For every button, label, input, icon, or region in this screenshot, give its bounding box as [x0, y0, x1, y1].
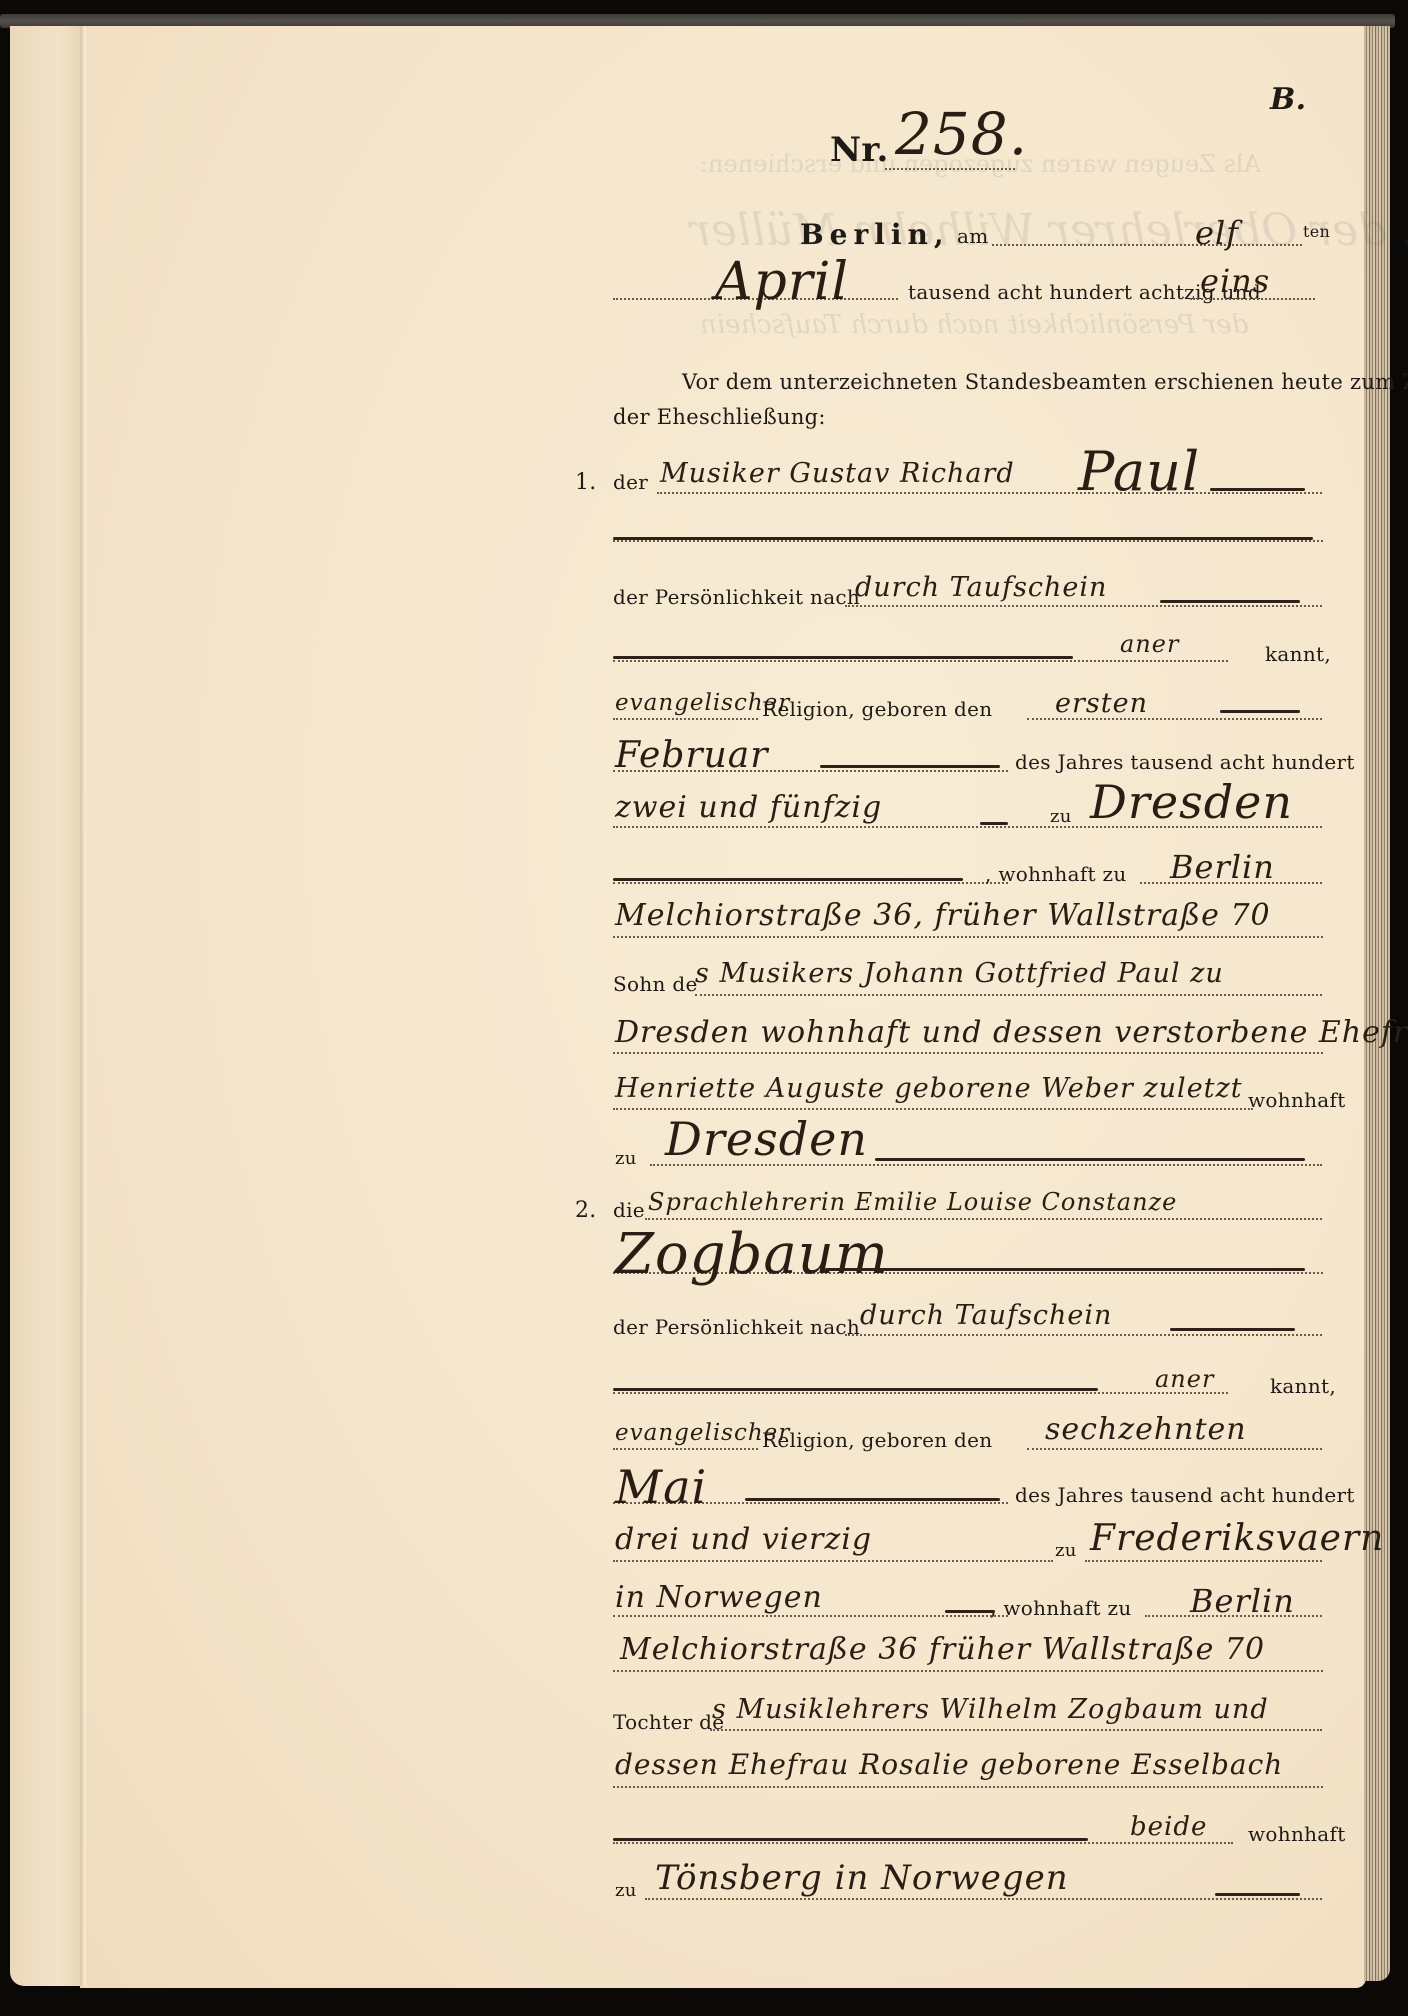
bride-known-value: aner: [1155, 1365, 1214, 1393]
groom-identity-label: der Persönlichkeit nach: [613, 585, 860, 609]
bride-parents-zu: zu: [615, 1880, 637, 1901]
groom-identity-value: durch Taufschein: [855, 572, 1107, 603]
number-label: Nr.: [830, 130, 889, 170]
month-value: April: [715, 252, 849, 312]
groom-index: 1.: [575, 470, 597, 495]
bride-residence-street: Melchiorstraße 36 früher Wallstraße 70: [620, 1632, 1265, 1667]
groom-parents-label: Sohn de: [613, 972, 698, 996]
bride-parents-residence-label: wohnhaft: [1248, 1822, 1346, 1846]
groom-name: Musiker Gustav Richard: [660, 458, 1015, 489]
bride-parents-2: dessen Ehefrau Rosalie geborene Esselbac…: [615, 1748, 1283, 1781]
groom-residence-street: Melchiorstraße 36, früher Wallstraße 70: [615, 898, 1271, 933]
city-label: Berlin,: [800, 218, 950, 251]
year-value: eins: [1200, 262, 1270, 300]
bride-residence-label: , wohnhaft zu: [990, 1596, 1132, 1620]
groom-known-value: aner: [1120, 630, 1179, 658]
groom-birth-month: Februar: [615, 735, 768, 776]
groom-parents-residence: Dresden: [665, 1112, 868, 1166]
groom-parents-3: Henriette Auguste geborene Weber zuletzt: [615, 1073, 1243, 1104]
series-letter: B.: [1270, 82, 1306, 117]
groom-zu: zu: [1050, 806, 1072, 827]
bride-birth-place-2: in Norwegen: [615, 1580, 823, 1615]
bride-residence-city: Berlin: [1190, 1582, 1295, 1620]
bride-parents-label: Tochter de: [613, 1710, 724, 1734]
bride-article: die: [613, 1198, 645, 1222]
groom-birth-place: Dresden: [1090, 775, 1293, 829]
groom-surname: Paul: [1078, 440, 1200, 503]
page-gutter: [80, 26, 86, 1986]
bride-year-label: des Jahres tausend acht hundert: [1015, 1483, 1355, 1507]
am-label: am: [957, 224, 989, 248]
bride-identity-value: durch Taufschein: [860, 1300, 1112, 1331]
bride-parents-3: beide: [1130, 1812, 1207, 1842]
intro-line-1: Vor dem unterzeichneten Standesbeamten e…: [682, 370, 1408, 394]
bride-surname: Zogbaum: [615, 1222, 889, 1287]
groom-year-label: des Jahres tausend acht hundert: [1015, 750, 1355, 774]
groom-article: der: [613, 470, 648, 494]
groom-parents-1: s Musikers Johann Gottfried Paul zu: [695, 958, 1224, 989]
groom-known-suffix: kannt,: [1265, 642, 1331, 666]
bride-parents-residence: Tönsberg in Norwegen: [655, 1858, 1069, 1898]
bride-birth-place: Frederiksvaern: [1090, 1518, 1384, 1559]
left-page-edge: [10, 26, 80, 1986]
day-suffix: ten: [1303, 222, 1330, 241]
bleed-through-text: der Persönlichkeit nach durch Taufschein: [700, 310, 1248, 340]
groom-birth-year: zwei und fünfzig: [615, 790, 882, 825]
groom-birth-day: ersten: [1055, 688, 1148, 719]
bride-birth-day: sechzehnten: [1045, 1412, 1247, 1447]
bride-religion-label: Religion, geboren den: [762, 1428, 992, 1452]
day-value: elf: [1195, 214, 1239, 252]
groom-residence-label: , wohnhaft zu: [985, 862, 1127, 886]
groom-religion-label: Religion, geboren den: [762, 697, 992, 721]
intro-line-2: der Eheschließung:: [613, 405, 826, 429]
bleed-through-text: 3. der Oberlehrer Wilhelm Müller: [690, 205, 1408, 256]
groom-parents-zu: zu: [615, 1148, 637, 1169]
bride-birth-year: drei und vierzig: [615, 1522, 872, 1557]
groom-parents-2: Dresden wohnhaft und dessen verstorbene …: [615, 1015, 1408, 1050]
bride-zu: zu: [1055, 1540, 1077, 1561]
bride-identity-label: der Persönlichkeit nach: [613, 1315, 860, 1339]
bride-index: 2.: [575, 1198, 597, 1223]
number-value: 258.: [895, 100, 1028, 168]
bride-known-suffix: kannt,: [1270, 1374, 1336, 1398]
bride-name: Sprachlehrerin Emilie Louise Constanze: [648, 1188, 1177, 1216]
bride-birth-month: Mai: [615, 1460, 707, 1514]
page-stack-edge: [1364, 26, 1390, 1981]
groom-parents-residence-label: wohnhaft: [1248, 1088, 1346, 1112]
groom-residence-city: Berlin: [1170, 848, 1275, 886]
bride-parents-1: s Musiklehrers Wilhelm Zogbaum und: [712, 1694, 1269, 1725]
